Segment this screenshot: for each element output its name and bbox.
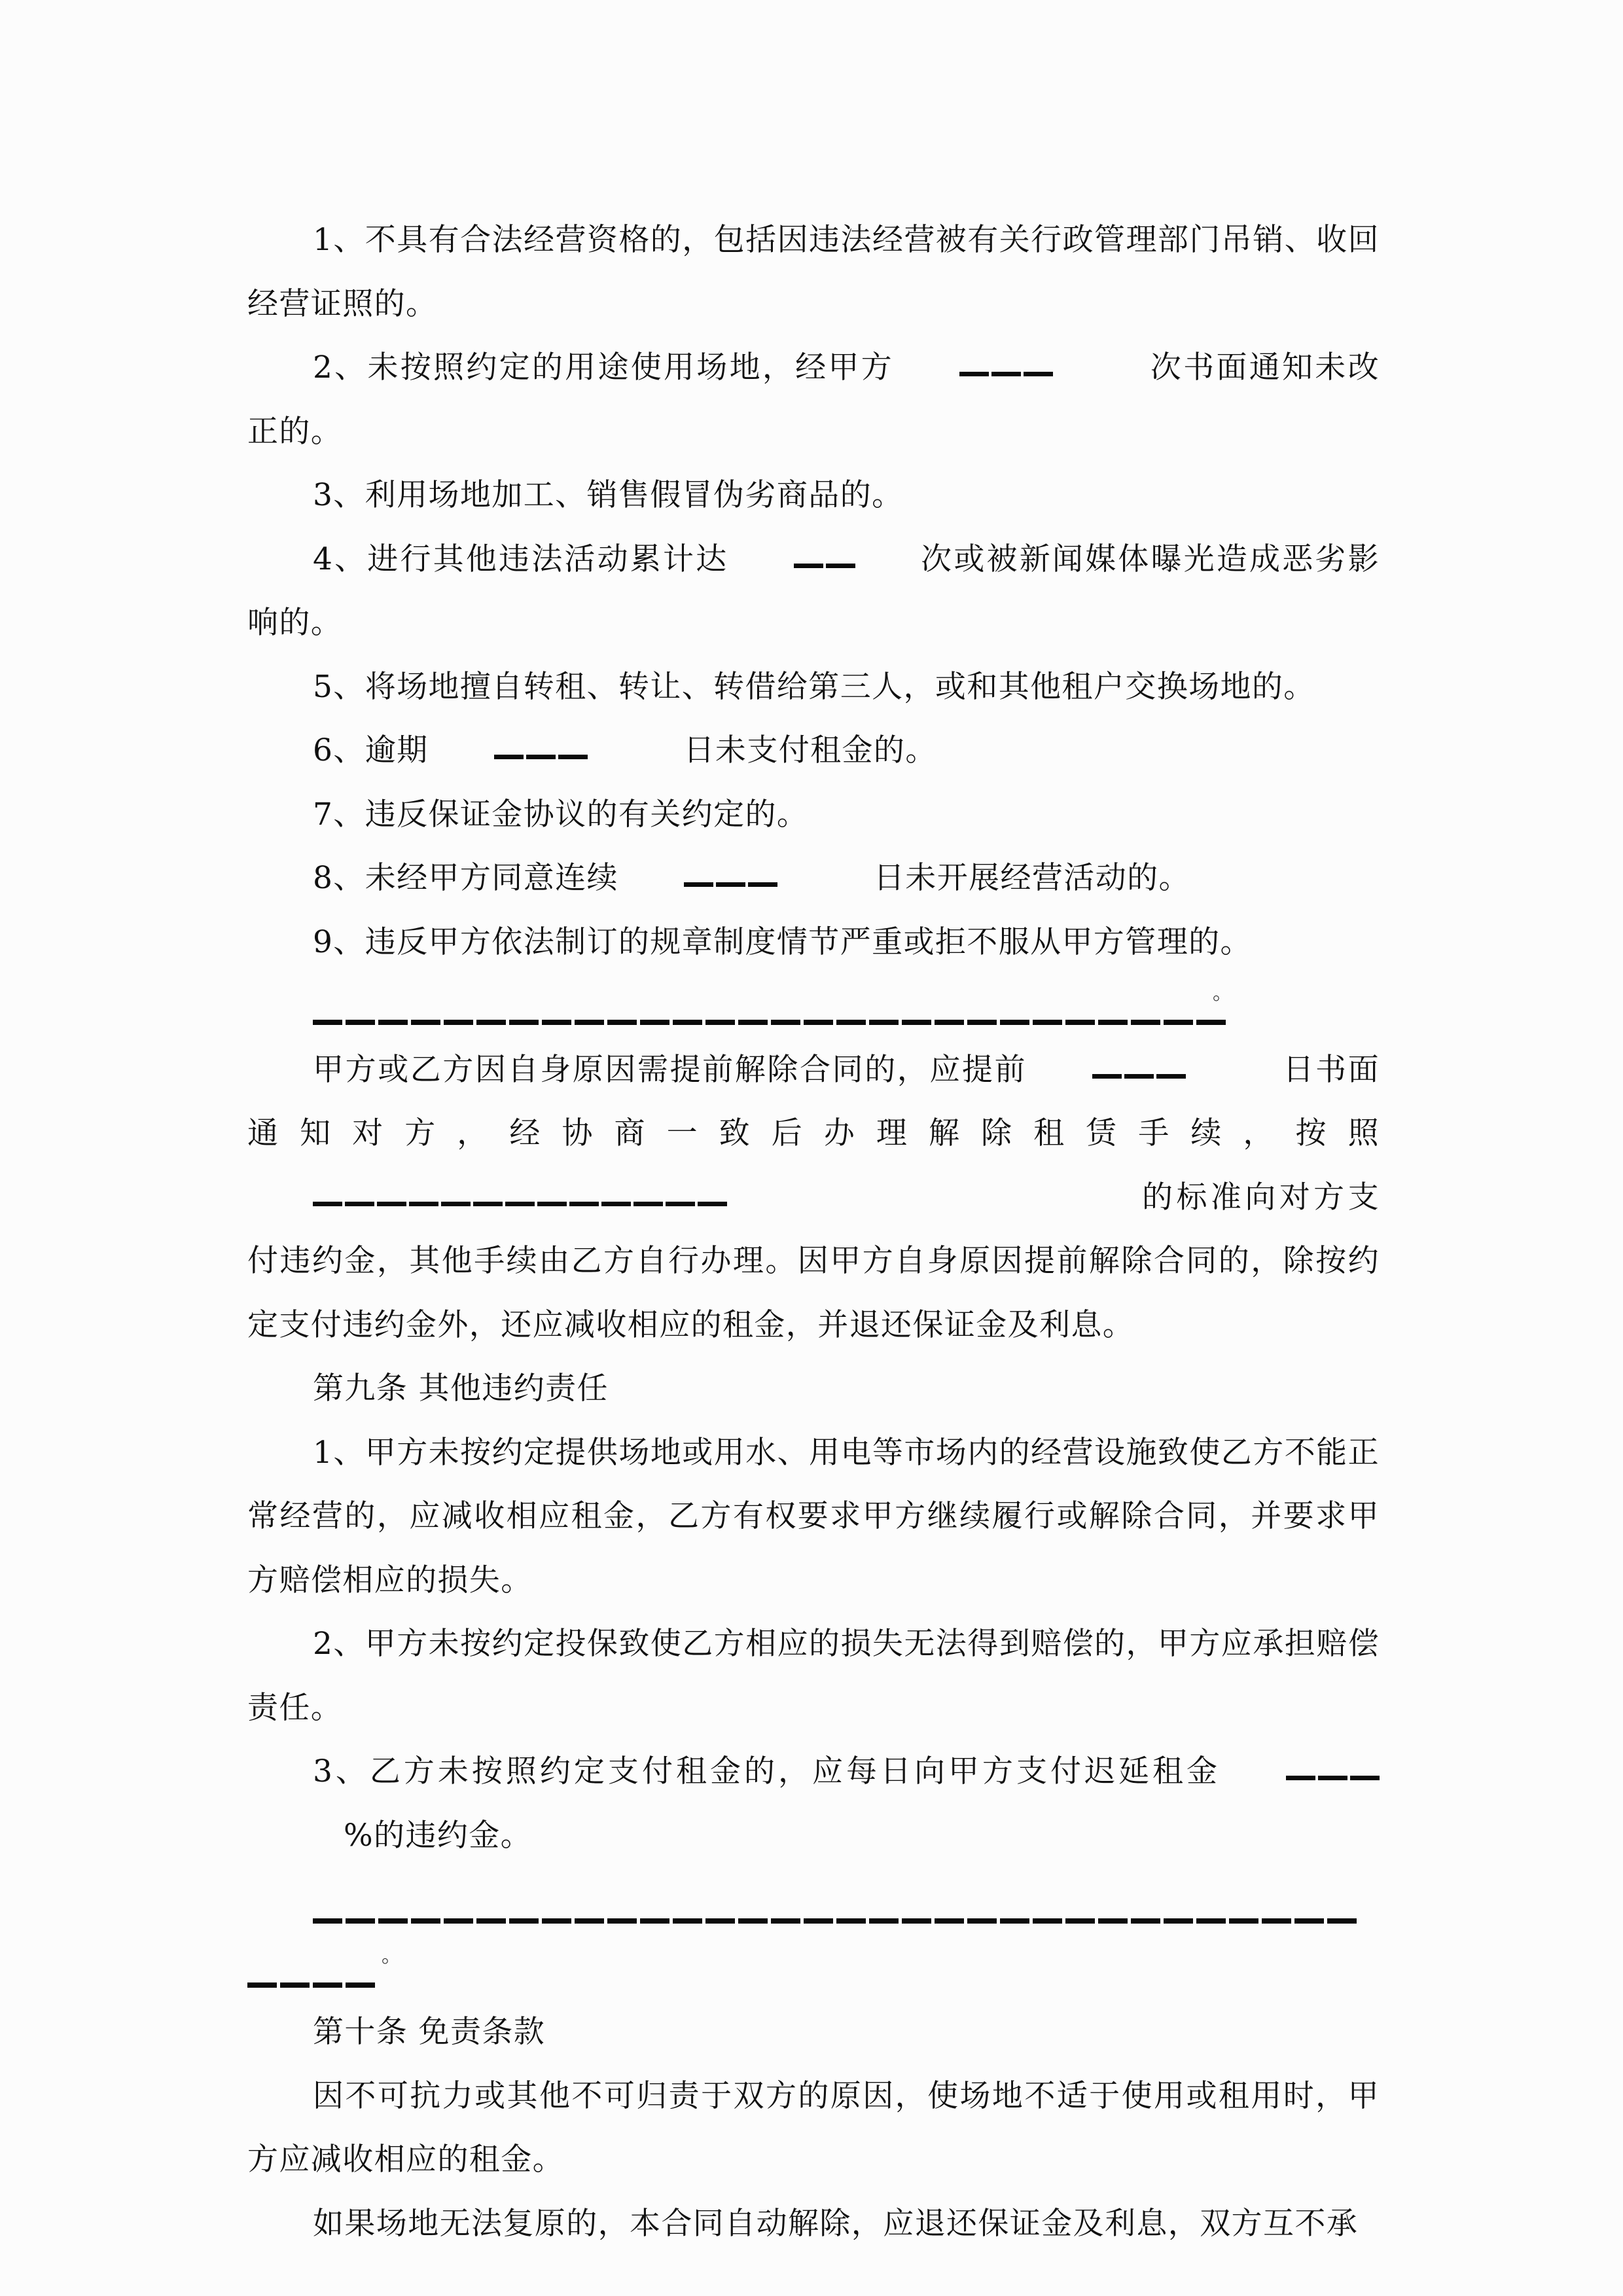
document-page: 1、不具有合法经营资格的，包括因违法经营被有关行政管理部门吊销、收回经营证照的。… [247, 208, 1380, 2255]
list-item-5: 5、将场地擅自转租、转让、转借给第三人，或和其他租户交换场地的。 [247, 655, 1380, 719]
list-item-4: 4、进行其他违法活动累计达次或被新闻媒体曝光造成恶劣影响的。 [247, 528, 1380, 655]
list-item-9: 9、违反甲方依法制订的规章制度情节严重或拒不服从甲方管理的。 [247, 910, 1380, 975]
fill-blank-line-2-continued[interactable]: 。 [247, 1937, 1380, 2001]
period-mark: 。 [1213, 974, 1233, 1013]
article-10-heading: 第十条 免责条款 [247, 2000, 1380, 2064]
item-text-after: 日未支付租金的。 [684, 732, 937, 768]
article-9-clause-2: 2、甲方未按约定投保致使乙方相应的损失无法得到赔偿的，甲方应承担赔偿责任。 [247, 1612, 1380, 1740]
article-9-heading: 第九条 其他违约责任 [247, 1357, 1380, 1421]
fill-blank-line-2[interactable] [247, 1873, 1380, 1937]
dash-line [247, 1982, 375, 1988]
item-text-after: 日未开展经营活动的。 [874, 860, 1190, 896]
list-item-2: 2、未按照约定的用途使用场地，经甲方次书面通知未改正的。 [247, 336, 1380, 463]
article-10-para-1: 因不可抗力或其他不可归责于双方的原因，使场地不适于使用或租用时，甲方应减收相应的… [247, 2064, 1380, 2192]
list-item-8: 8、未经甲方同意连续日未开展经营活动的。 [247, 846, 1380, 910]
article-10-para-2: 如果场地无法复原的，本合同自动解除，应退还保证金及利息，双方互不承 [247, 2192, 1380, 2256]
item-text-before: 8、未经甲方同意连续 [313, 860, 618, 896]
item-text: 3、利用场地加工、销售假冒伪劣商品的。 [313, 477, 904, 513]
dash-line [313, 1918, 1357, 1924]
item-text-before: 4、进行其他违法活动累计达 [313, 541, 728, 577]
item-text: 7、违反保证金协议的有关约定的。 [313, 797, 808, 833]
list-item-7: 7、违反保证金协议的有关约定的。 [247, 783, 1380, 847]
period-mark: 。 [382, 1937, 402, 1976]
item-text-before: 2、未按照约定的用途使用场地，经甲方 [313, 350, 894, 386]
early-termination-paragraph: 甲方或乙方因自身原因需提前解除合同的，应提前日书面通知对方，经协商一致后办理解除… [247, 1038, 1380, 1357]
fill-blank-line-1[interactable]: 。 [247, 974, 1380, 1038]
item-text: 5、将场地擅自转租、转让、转借给第三人，或和其他租户交换场地的。 [313, 669, 1315, 705]
item-text: 1、不具有合法经营资格的，包括因违法经营被有关行政管理部门吊销、收回经营证照的。 [247, 222, 1380, 322]
para-text: 甲方或乙方因自身原因需提前解除合同的，应提前 [313, 1052, 1027, 1088]
item-text: 9、违反甲方依法制订的规章制度情节严重或拒不服从甲方管理的。 [313, 924, 1252, 960]
article-9-clause-1: 1、甲方未按约定提供场地或用水、用电等市场内的经营设施致使乙方不能正常经营的，应… [247, 1421, 1380, 1613]
list-item-1: 1、不具有合法经营资格的，包括因违法经营被有关行政管理部门吊销、收回经营证照的。 [247, 208, 1380, 336]
item-text-before: 6、逾期 [313, 732, 429, 768]
article-9-clause-3: 3、乙方未按照约定支付租金的，应每日向甲方支付迟延租金%的违约金。 [247, 1740, 1380, 1867]
list-item-3: 3、利用场地加工、销售假冒伪劣商品的。 [247, 463, 1380, 528]
dash-line [313, 1020, 1226, 1025]
list-item-6: 6、逾期日未支付租金的。 [247, 719, 1380, 783]
